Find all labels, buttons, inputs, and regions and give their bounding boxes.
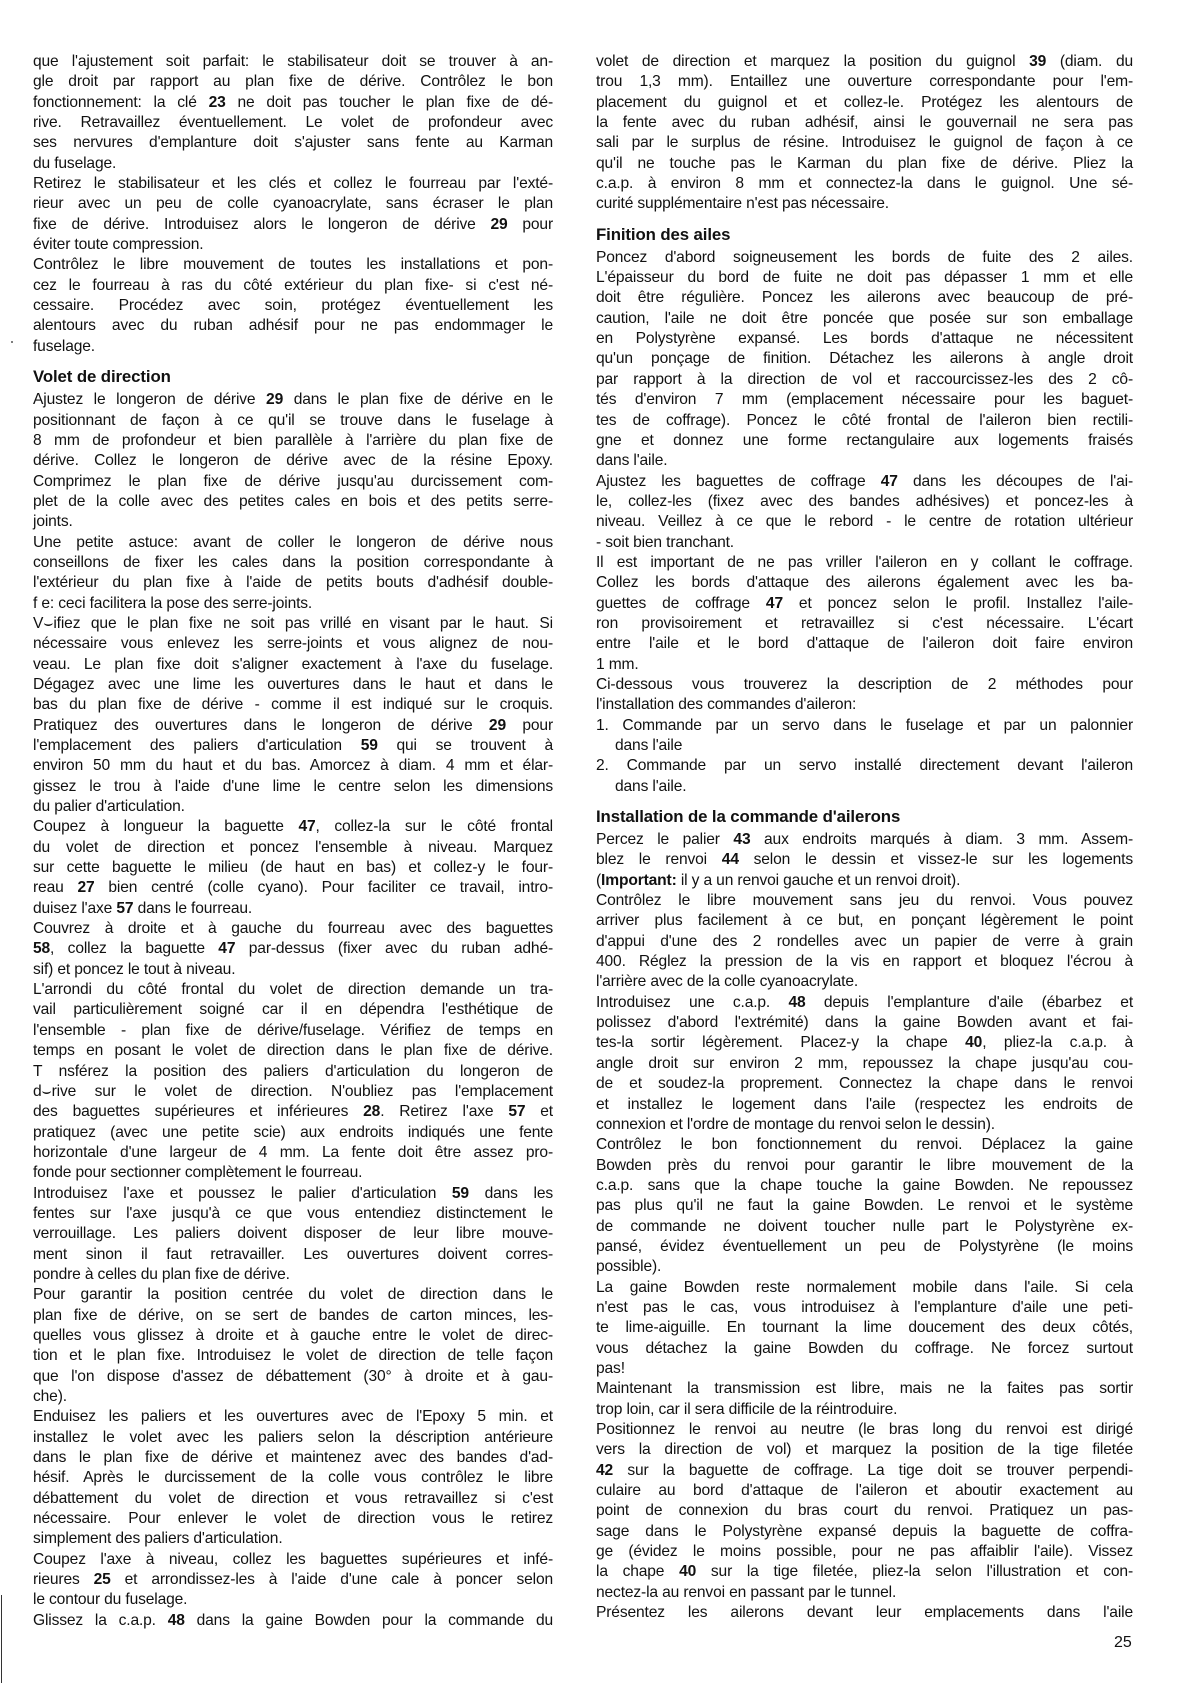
- part-number: 29: [491, 216, 508, 233]
- part-number: 59: [452, 1185, 469, 1202]
- text-line: La gaine Bowden reste normalement mobile…: [596, 1278, 1133, 1298]
- text-line: Enduisez les paliers et les ouvertures a…: [33, 1407, 553, 1427]
- text-line: fixe de dérive. Introduisez alors le lon…: [33, 215, 553, 235]
- section-heading-installation-commande-ailerons: Installation de la commande d'ailerons: [596, 807, 1133, 827]
- page-number: 25: [1114, 1634, 1132, 1652]
- text-line: gissez le trou à l'aide d'une lime le ce…: [33, 777, 553, 797]
- text-line: horizontale d'une largeur de 4 mm. La fe…: [33, 1143, 553, 1163]
- text-line: dans l'aile: [596, 736, 1133, 756]
- part-number: 47: [766, 595, 783, 612]
- text-line: positionnant de façon à ce qu'il se trou…: [33, 411, 553, 431]
- left-column: que l'ajustement soit parfait: le stabil…: [33, 52, 553, 1631]
- text-line: 1. Commande par un servo dans le fuselag…: [596, 716, 1133, 736]
- paragraph: que l'ajustement soit parfait: le stabil…: [33, 52, 553, 174]
- text-line: du volet de direction et poncez l'ensemb…: [33, 838, 553, 858]
- text-line: Une petite astuce: avant de coller le lo…: [33, 533, 553, 553]
- part-number: 43: [733, 831, 750, 848]
- text-line: dans l'aile.: [596, 451, 1133, 471]
- text-line: sali par le surplus de résine. Introduis…: [596, 133, 1133, 153]
- text-line: Maintenant la transmission est libre, ma…: [596, 1379, 1133, 1399]
- part-number: 57: [508, 1103, 525, 1120]
- text-line: veau. Le plan fixe doit s'aligner exacte…: [33, 655, 553, 675]
- text-line: reau 27 bien centré (colle cyano). Pour …: [33, 878, 553, 898]
- text-line: Contrôlez le bon fonctionnement du renvo…: [596, 1135, 1133, 1155]
- text-line: L'épaisseur du bord de fuite ne doit pas…: [596, 268, 1133, 288]
- text-line: quelles vous glissez à droite et à gauch…: [33, 1326, 553, 1346]
- part-number: 44: [722, 851, 739, 868]
- part-number: 23: [209, 94, 226, 111]
- text-line: curité supplémentaire n'est pas nécessai…: [596, 194, 1133, 214]
- text-line: Coupez l'axe à niveau, collez les baguet…: [33, 1550, 553, 1570]
- part-number: 59: [361, 737, 378, 754]
- text-line: polissez d'abord l'extrémité) dans la ga…: [596, 1013, 1133, 1033]
- part-number: 42: [596, 1462, 613, 1479]
- text-line: pratiquez (avec une petite scie) aux end…: [33, 1123, 553, 1143]
- text-line: cez le fourreau à ras du côté extérieur …: [33, 276, 553, 296]
- paragraph: La gaine Bowden reste normalement mobile…: [596, 1278, 1133, 1380]
- text-line: fuselage.: [33, 337, 553, 357]
- text-line: du palier d'articulation.: [33, 797, 553, 817]
- text-line: rieur avec un peu de colle cyanoacrylate…: [33, 194, 553, 214]
- text-line: pansé, évidez éventuellement un peu de P…: [596, 1237, 1133, 1257]
- text-line: joints.: [33, 512, 553, 532]
- text-line: tes-la sortir légèrement. Placez-y la ch…: [596, 1033, 1133, 1053]
- text-line: la fente avec du ruban adhésif, ainsi le…: [596, 113, 1133, 133]
- text-line: Glissez la c.a.p. 48 dans la gaine Bowde…: [33, 1611, 553, 1631]
- paragraph: Introduisez une c.a.p. 48 depuis l'empla…: [596, 993, 1133, 1135]
- paragraph: Enduisez les paliers et les ouvertures a…: [33, 1407, 553, 1549]
- text-line: gne et donnez une forme rectangulaire au…: [596, 431, 1133, 451]
- paragraph: Introduisez l'axe et poussez le palier d…: [33, 1184, 553, 1286]
- text-line: sage dans le Polystyrène expansé depuis …: [596, 1522, 1133, 1542]
- text-line: Couvrez à droite et à gauche du fourreau…: [33, 919, 553, 939]
- text-line: fonde pour sectionner complètement le fo…: [33, 1163, 553, 1183]
- text-line: te lime-aiguille. En tournant la lime do…: [596, 1318, 1133, 1338]
- text-line: dans le plan fixe de dérive et maintenez…: [33, 1448, 553, 1468]
- text-line: débattement du volet de direction et vou…: [33, 1489, 553, 1509]
- part-number: 47: [298, 818, 315, 835]
- paragraph: Retirez le stabilisateur et les clés et …: [33, 174, 553, 255]
- part-number: Important:: [601, 872, 677, 889]
- text-line: environ 50 mm du haut et du bas. Amorcez…: [33, 756, 553, 776]
- text-line: Ci-dessous vous trouverez la description…: [596, 675, 1133, 695]
- text-line: Introduisez une c.a.p. 48 depuis l'empla…: [596, 993, 1133, 1013]
- text-line: Retirez le stabilisateur et les clés et …: [33, 174, 553, 194]
- text-line: (Important: il y a un renvoi gauche et u…: [596, 871, 1133, 891]
- right-intro: volet de direction et marquez la positio…: [596, 52, 1133, 215]
- paragraph: Contrôlez le libre mouvement de toutes l…: [33, 255, 553, 357]
- text-line: dans l'aile.: [596, 777, 1133, 797]
- section-finition-body: Poncez d'abord soigneusement les bords d…: [596, 248, 1133, 716]
- text-line: d'appui d'une des 2 rondelles avec un pa…: [596, 932, 1133, 952]
- paragraph: Ci-dessous vous trouverez la description…: [596, 675, 1133, 716]
- text-line: nécessaire. Pour enlever le volet de dir…: [33, 1509, 553, 1529]
- text-line: verrouillage. Les paliers doivent dispos…: [33, 1224, 553, 1244]
- section-volet-body: Ajustez le longeron de dérive 29 dans le…: [33, 390, 553, 1631]
- section-heading-finition-des-ailes: Finition des ailes: [596, 225, 1133, 245]
- text-line: doit être régulière. Poncez les ailerons…: [596, 288, 1133, 308]
- part-number: 57: [116, 900, 133, 917]
- method-list-item: 1. Commande par un servo dans le fuselag…: [596, 716, 1133, 757]
- right-column: volet de direction et marquez la positio…: [596, 52, 1133, 1623]
- text-line: angle droit sur environ 2 mm, repoussez …: [596, 1054, 1133, 1074]
- text-line: Contrôlez le libre mouvement sans jeu du…: [596, 891, 1133, 911]
- method-list-item: 2. Commande par un servo installé direct…: [596, 756, 1133, 797]
- text-line: la chape 40 sur la tige filetée, pliez-l…: [596, 1562, 1133, 1582]
- text-line: V⌣ifiez que le plan fixe ne soit pas vri…: [33, 614, 553, 634]
- text-line: Présentez les ailerons devant leur empla…: [596, 1603, 1133, 1623]
- text-line: culaire au bord d'attaque de l'aileron e…: [596, 1481, 1133, 1501]
- text-line: fonctionnement: la clé 23 ne doit pas to…: [33, 93, 553, 113]
- text-line: fentes sur l'axe jusqu'à ce que vous ent…: [33, 1204, 553, 1224]
- text-line: cessaire. Procédez avec soin, protégez é…: [33, 296, 553, 316]
- text-line: Pratiquez des ouvertures dans le longero…: [33, 716, 553, 736]
- section-installation-body: Percez le palier 43 aux endroits marqués…: [596, 830, 1133, 1623]
- text-line: Introduisez l'axe et poussez le palier d…: [33, 1184, 553, 1204]
- text-line: l'arrière avec de la colle cyanoacrylate…: [596, 972, 1133, 992]
- text-line: guettes de coffrage 47 et poncez selon l…: [596, 594, 1133, 614]
- text-line: l'ensemble - plan fixe de dérive/fuselag…: [33, 1021, 553, 1041]
- text-line: entre l'aile et le bord d'attaque de l'a…: [596, 634, 1133, 654]
- part-number: 47: [218, 940, 235, 957]
- text-line: pas!: [596, 1359, 1133, 1379]
- methods-list: 1. Commande par un servo dans le fuselag…: [596, 716, 1133, 797]
- text-line: éviter toute compression.: [33, 235, 553, 255]
- text-line: Percez le palier 43 aux endroits marqués…: [596, 830, 1133, 850]
- part-number: 48: [168, 1612, 185, 1629]
- scan-edge-artifact: [1, 1595, 2, 1683]
- text-line: d⌣rive sur le volet de direction. N'oubl…: [33, 1082, 553, 1102]
- paragraph: Coupez à longueur la baguette 47, collez…: [33, 817, 553, 919]
- text-line: de et soudez-la proprement. Connectez la…: [596, 1074, 1133, 1094]
- text-line: T nsférez la position des paliers d'arti…: [33, 1062, 553, 1082]
- text-line: rieures 25 et arrondissez-les à l'aide d…: [33, 1570, 553, 1590]
- text-line: sif) et poncez le tout à niveau.: [33, 960, 553, 980]
- part-number: 48: [788, 994, 805, 1011]
- text-line: 400. Réglez la pression de la vis en rap…: [596, 952, 1133, 972]
- text-line: sur cette baguette le milieu (de haut en…: [33, 858, 553, 878]
- text-line: l'extérieur du plan fixe à l'aide de pet…: [33, 573, 553, 593]
- text-line: hésif. Après le durcissement de la colle…: [33, 1468, 553, 1488]
- document-page: que l'ajustement soit parfait: le stabil…: [0, 0, 1190, 1683]
- text-line: vers la direction de vol) et marquez la …: [596, 1440, 1133, 1460]
- part-number: 25: [94, 1571, 111, 1588]
- text-line: n'est pas le cas, vous introduisez à l'e…: [596, 1298, 1133, 1318]
- text-line: installez le volet avec les paliers selo…: [33, 1428, 553, 1448]
- paragraph: Maintenant la transmission est libre, ma…: [596, 1379, 1133, 1420]
- part-number: 29: [489, 717, 506, 734]
- paragraph: Poncez d'abord soigneusement les bords d…: [596, 248, 1133, 472]
- text-line: f e: ceci facilitera la pose des serre-j…: [33, 594, 553, 614]
- text-line: l'installation des commandes d'aileron:: [596, 695, 1133, 715]
- text-line: alentours avec du ruban adhésif pour ne …: [33, 316, 553, 336]
- text-line: ses nervures d'emplanture doit s'ajuster…: [33, 133, 553, 153]
- text-line: arriver plus facilement à ce but, en pon…: [596, 911, 1133, 931]
- text-line: rive. Retravaillez éventuellement. Le vo…: [33, 113, 553, 133]
- section-heading-volet-de-direction: Volet de direction: [33, 367, 553, 387]
- paragraph: Ajustez le longeron de dérive 29 dans le…: [33, 390, 553, 532]
- paragraph: Une petite astuce: avant de coller le lo…: [33, 533, 553, 614]
- text-line: placement du guignol et et collez-le. Pr…: [596, 93, 1133, 113]
- text-line: trou 1,3 mm). Entaillez une ouverture co…: [596, 72, 1133, 92]
- paragraph: Ajustez les baguettes de coffrage 47 dan…: [596, 472, 1133, 553]
- paragraph: L'arrondi du côté frontal du volet de di…: [33, 980, 553, 1183]
- text-line: gle droit par rapport au plan fixe de dé…: [33, 72, 553, 92]
- part-number: 47: [881, 473, 898, 490]
- paragraph: V⌣ifiez que le plan fixe ne soit pas vri…: [33, 614, 553, 817]
- part-number: 39: [1029, 53, 1046, 70]
- part-number: 27: [77, 879, 94, 896]
- text-line: Ajustez les baguettes de coffrage 47 dan…: [596, 472, 1133, 492]
- text-line: ment sinon il faut retravailler. Les ouv…: [33, 1245, 553, 1265]
- text-line: qu'un ponçage de finition. Détachez les …: [596, 349, 1133, 369]
- text-line: plet de la colle avec des petites cales …: [33, 492, 553, 512]
- text-line: tés d'environ 7 mm (emplacement nécessai…: [596, 390, 1133, 410]
- text-line: - soit bien tranchant.: [596, 533, 1133, 553]
- text-line: ge (évidez le moins possible, pour ne pa…: [596, 1542, 1133, 1562]
- text-line: caution, l'aile ne doit être poncée que …: [596, 309, 1133, 329]
- text-line: vous détachez la gaine Bowden du coffrag…: [596, 1339, 1133, 1359]
- paragraph: Il est important de ne pas vriller l'ail…: [596, 553, 1133, 675]
- text-line: c.a.p. à environ 8 mm et connectez-la da…: [596, 174, 1133, 194]
- text-line: 2. Commande par un servo installé direct…: [596, 756, 1133, 776]
- text-line: Comprimez le plan fixe de dérive jusqu'a…: [33, 472, 553, 492]
- text-line: tion et le plan fixe. Introduisez le vol…: [33, 1346, 553, 1366]
- text-line: par rapport à la direction de vol et rac…: [596, 370, 1133, 390]
- text-line: Positionnez le renvoi au neutre (le bras…: [596, 1420, 1133, 1440]
- text-line: duisez l'axe 57 dans le fourreau.: [33, 899, 553, 919]
- text-line: Pour garantir la position centrée du vol…: [33, 1285, 553, 1305]
- paragraph: Percez le palier 43 aux endroits marqués…: [596, 830, 1133, 891]
- text-line: L'arrondi du côté frontal du volet de di…: [33, 980, 553, 1000]
- text-line: et installez le logement dans l'aile (re…: [596, 1095, 1133, 1115]
- text-line: Collez les bords d'attaque des ailerons …: [596, 573, 1133, 593]
- text-line: Bowden près du renvoi pour garantir le l…: [596, 1156, 1133, 1176]
- text-line: volet de direction et marquez la positio…: [596, 52, 1133, 72]
- text-line: che).: [33, 1387, 553, 1407]
- paragraph: Présentez les ailerons devant leur empla…: [596, 1603, 1133, 1623]
- text-line: du fuselage.: [33, 154, 553, 174]
- text-line: c.a.p. sans que la chape touche la gaine…: [596, 1176, 1133, 1196]
- text-line: tes de coffrage). Poncez le côté frontal…: [596, 411, 1133, 431]
- text-line: le contour du fuselage.: [33, 1590, 553, 1610]
- text-line: Coupez à longueur la baguette 47, collez…: [33, 817, 553, 837]
- text-line: pas plus qu'il ne faut la gaine Bowden. …: [596, 1196, 1133, 1216]
- text-line: 58, collez la baguette 47 par-dessus (fi…: [33, 939, 553, 959]
- paragraph: Couvrez à droite et à gauche du fourreau…: [33, 919, 553, 980]
- text-line: de commande ne doivent toucher nulle par…: [596, 1217, 1133, 1237]
- scan-dust-artifact: [11, 341, 13, 343]
- text-line: temps en posant le volet de direction da…: [33, 1041, 553, 1061]
- text-line: en Polystyrène expansé. Les bords d'atta…: [596, 329, 1133, 349]
- text-line: des baguettes supérieures et inférieures…: [33, 1102, 553, 1122]
- text-line: niveau. Veillez à ce que le rebord - le …: [596, 512, 1133, 532]
- text-line: plan fixe de dérive, on se sert de bande…: [33, 1306, 553, 1326]
- text-line: Poncez d'abord soigneusement les bords d…: [596, 248, 1133, 268]
- part-number: 40: [965, 1034, 982, 1051]
- paragraph: Pour garantir la position centrée du vol…: [33, 1285, 553, 1407]
- text-line: Il est important de ne pas vriller l'ail…: [596, 553, 1133, 573]
- text-line: pondre à celles du plan fixe de dérive.: [33, 1265, 553, 1285]
- text-line: Contrôlez le libre mouvement de toutes l…: [33, 255, 553, 275]
- paragraph: Contrôlez le bon fonctionnement du renvo…: [596, 1135, 1133, 1277]
- paragraph: Positionnez le renvoi au neutre (le bras…: [596, 1420, 1133, 1603]
- text-line: conseillons de fixer les cales dans la p…: [33, 553, 553, 573]
- text-line: point de connexion du bras court du renv…: [596, 1501, 1133, 1521]
- paragraph: Contrôlez le libre mouvement sans jeu du…: [596, 891, 1133, 993]
- text-line: connexion et l'ordre de montage du renvo…: [596, 1115, 1133, 1135]
- text-line: blez le renvoi 44 selon le dessin et vis…: [596, 850, 1133, 870]
- text-line: possible).: [596, 1257, 1133, 1277]
- text-line: bas du plan fixe de dérive - comme il es…: [33, 695, 553, 715]
- text-line: nectez-la au renvoi en passant par le tu…: [596, 1583, 1133, 1603]
- text-line: 8 mm de profondeur et bien parallèle à l…: [33, 431, 553, 451]
- text-line: vail particulièrement soigné car il en d…: [33, 1000, 553, 1020]
- paragraph: volet de direction et marquez la positio…: [596, 52, 1133, 215]
- text-line: que l'on dispose d'assez de débattement …: [33, 1367, 553, 1387]
- left-intro: que l'ajustement soit parfait: le stabil…: [33, 52, 553, 357]
- text-line: dérive. Collez le longeron de dérive ave…: [33, 451, 553, 471]
- text-line: ron provisoirement et retravaillez si c'…: [596, 614, 1133, 634]
- paragraph: Coupez l'axe à niveau, collez les baguet…: [33, 1550, 553, 1611]
- text-line: Dégagez avec une lime les ouvertures dan…: [33, 675, 553, 695]
- part-number: 58: [33, 940, 50, 957]
- text-line: le, collez-les (fixez avec des bandes ad…: [596, 492, 1133, 512]
- paragraph: Glissez la c.a.p. 48 dans la gaine Bowde…: [33, 1611, 553, 1631]
- part-number: 40: [679, 1563, 696, 1580]
- text-line: 1 mm.: [596, 655, 1133, 675]
- text-line: l'emplacement des paliers d'articulation…: [33, 736, 553, 756]
- text-line: qu'il ne touche pas le Karman du plan fi…: [596, 154, 1133, 174]
- text-line: simplement des paliers d'articulation.: [33, 1529, 553, 1549]
- text-line: 42 sur la baguette de coffrage. La tige …: [596, 1461, 1133, 1481]
- text-line: nécessaire vous enlevez les serre-joints…: [33, 634, 553, 654]
- part-number: 29: [266, 391, 283, 408]
- text-line: que l'ajustement soit parfait: le stabil…: [33, 52, 553, 72]
- text-line: trop loin, car il sera difficile de la r…: [596, 1400, 1133, 1420]
- text-line: Ajustez le longeron de dérive 29 dans le…: [33, 390, 553, 410]
- part-number: 28: [363, 1103, 380, 1120]
